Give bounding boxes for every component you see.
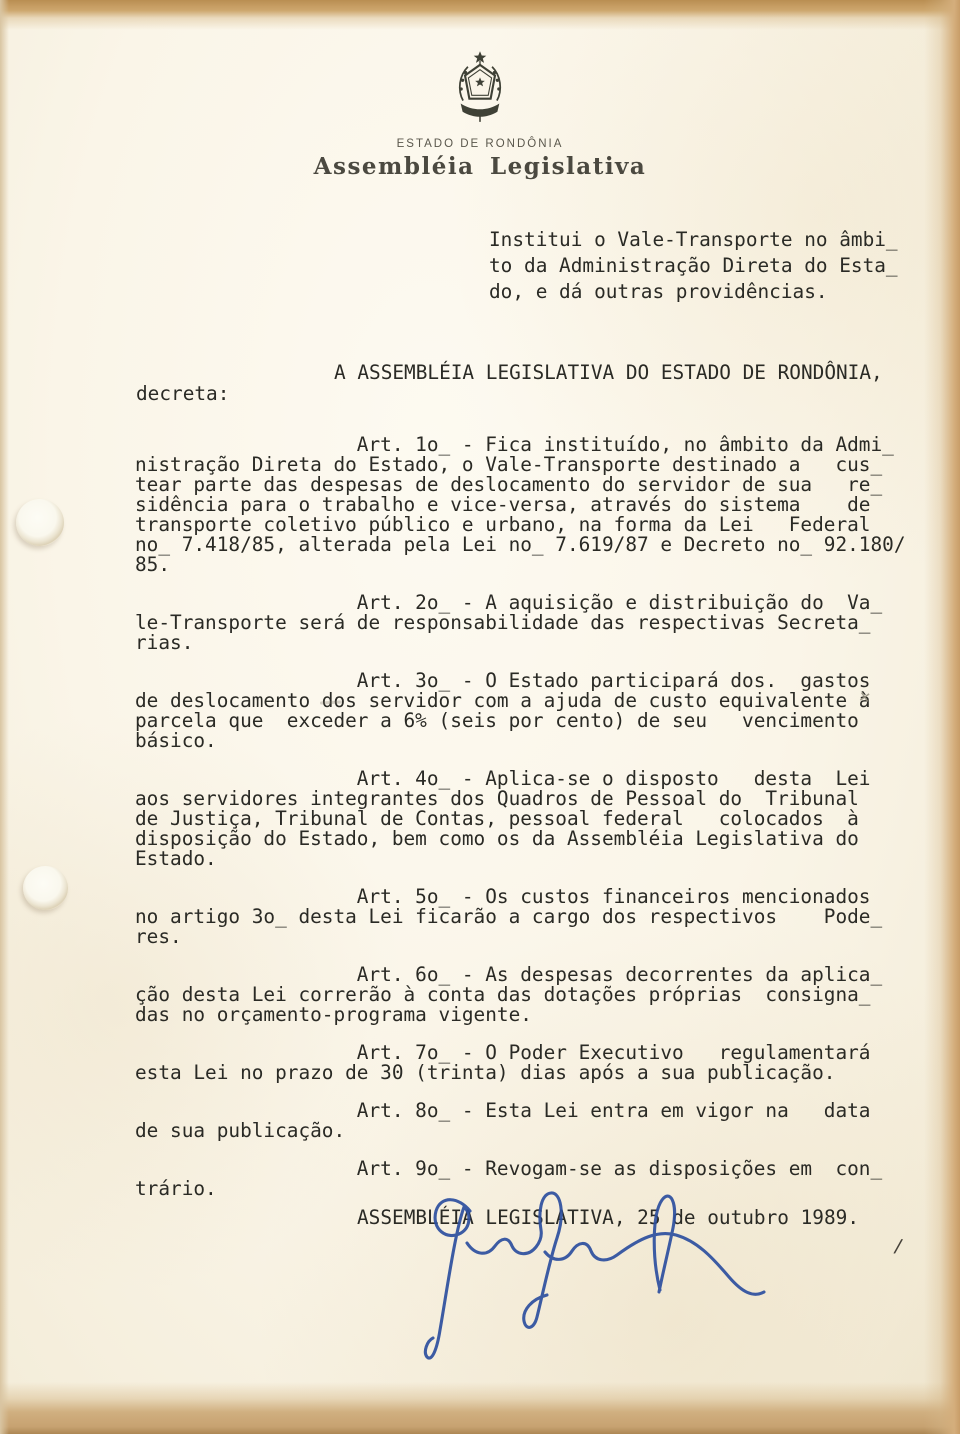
preamble-assembly-line: A ASSEMBLÉIA LEGISLATIVA DO ESTADO DE RO… <box>334 363 883 383</box>
page-edge-left <box>0 0 9 1434</box>
article-1-paragraph: Art. 1o̲ - Fica instituído, no âmbito da… <box>135 435 905 575</box>
law-body: Art. 1o̲ - Fica instituído, no âmbito da… <box>135 435 905 1217</box>
article-3-paragraph: Art. 3o̲ - O Estado participará dos. gas… <box>135 671 905 751</box>
letterhead: ESTADO DE RONDÔNIA Assembléia Legislativ… <box>0 50 960 180</box>
scanned-law-document: ESTADO DE RONDÔNIA Assembléia Legislativ… <box>0 0 960 1434</box>
punch-hole <box>16 499 64 546</box>
rondonia-coat-of-arms-icon <box>451 50 509 128</box>
pen-slash-mark: / <box>892 1236 904 1258</box>
article-6-paragraph: Art. 6o̲ - As despesas decorrentes da ap… <box>135 965 905 1025</box>
article-5-paragraph: Art. 5o̲ - Os custos financeiros mencion… <box>135 887 905 947</box>
law-epigraph: Institui o Vale-Transporte no âmbi̲ to d… <box>489 227 898 305</box>
article-2-paragraph: Art. 2o̲ - A aquisição e distribuição do… <box>135 593 905 653</box>
closing-dateline: ASSEMBLÉIA LEGISLATIVA, 25 de outubro 19… <box>357 1208 859 1228</box>
article-7-paragraph: Art. 7o̲ - O Poder Executivo regulamenta… <box>135 1043 905 1083</box>
letterhead-institution-name: Assembléia Legislativa <box>0 153 960 180</box>
article-9-paragraph: Art. 9o̲ - Revogam-se as disposições em … <box>135 1159 905 1199</box>
punch-hole <box>23 866 68 910</box>
preamble-decree-word: decreta: <box>136 384 229 404</box>
letterhead-state-label: ESTADO DE RONDÔNIA <box>0 138 960 150</box>
article-4-paragraph: Art. 4o̲ - Aplica-se o disposto desta Le… <box>135 769 905 869</box>
page-edge-bottom <box>0 1382 960 1434</box>
article-8-paragraph: Art. 8o̲ - Esta Lei entra em vigor na da… <box>135 1101 905 1141</box>
page-edge-right <box>924 0 960 1434</box>
page-edge-top <box>0 0 960 30</box>
